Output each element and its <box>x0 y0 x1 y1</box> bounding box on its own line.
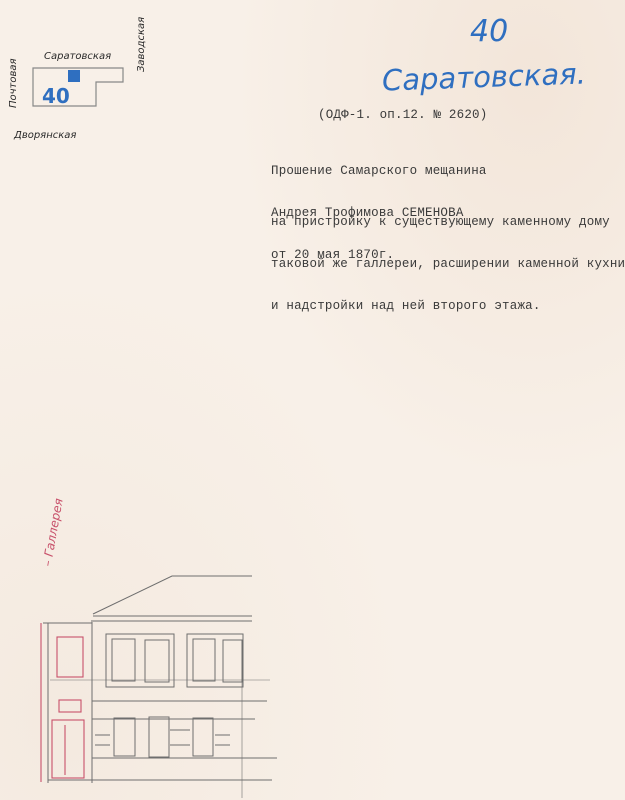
building-elevation-sketch <box>0 0 625 800</box>
